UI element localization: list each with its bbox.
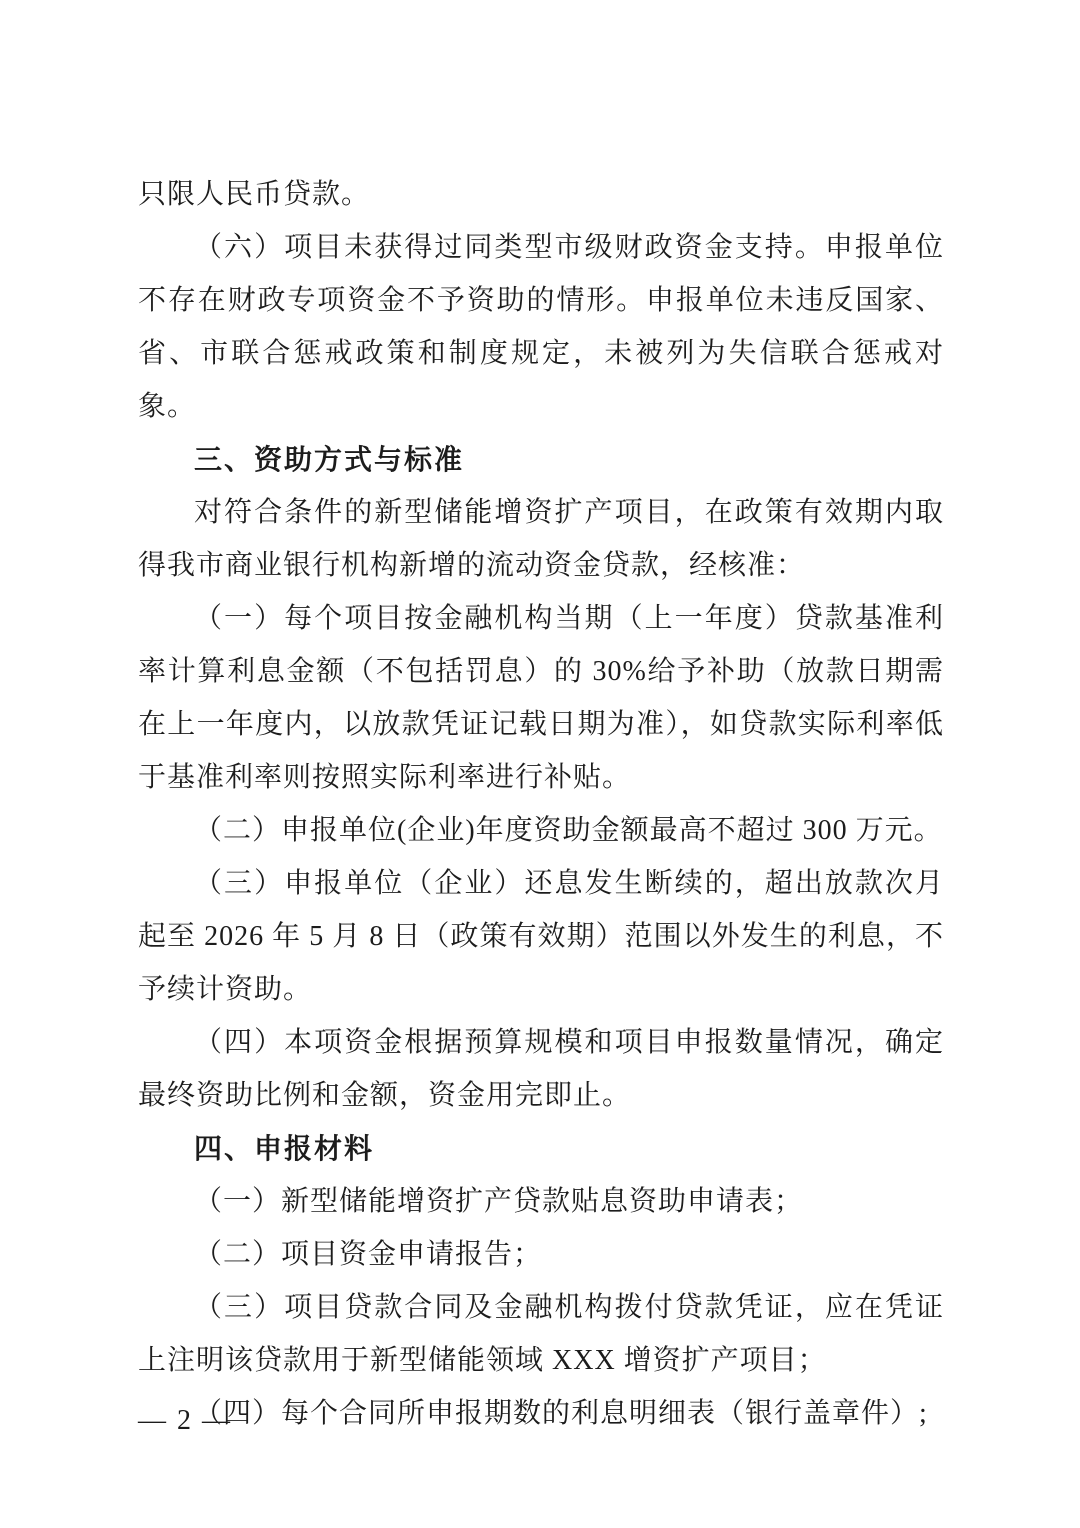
- paragraph: （二）申报单位(企业)年度资助金额最高不超过 300 万元。: [138, 804, 944, 857]
- document-page: 只限人民币贷款。（六）项目未获得过同类型市级财政资金支持。申报单位不存在财政专项…: [0, 0, 1080, 1528]
- section-heading: 四、申报材料: [138, 1122, 944, 1175]
- section-heading: 三、资助方式与标准: [138, 433, 944, 486]
- paragraph: （三）申报单位（企业）还息发生断续的，超出放款次月起至 2026 年 5 月 8…: [138, 857, 944, 1016]
- paragraph: （一）每个项目按金融机构当期（上一年度）贷款基准利率计算利息金额（不包括罚息）的…: [138, 592, 944, 804]
- paragraph: 对符合条件的新型储能增资扩产项目，在政策有效期内取得我市商业银行机构新增的流动资…: [138, 486, 944, 592]
- paragraph: （四）每个合同所申报期数的利息明细表（银行盖章件）;: [138, 1387, 944, 1440]
- paragraph: （三）项目贷款合同及金融机构拨付贷款凭证，应在凭证上注明该贷款用于新型储能领域 …: [138, 1281, 944, 1387]
- page-number: — 2 —: [138, 1405, 232, 1437]
- paragraph: （一）新型储能增资扩产贷款贴息资助申请表；: [138, 1175, 944, 1228]
- paragraph: （二）项目资金申请报告；: [138, 1228, 944, 1281]
- paragraph: （六）项目未获得过同类型市级财政资金支持。申报单位不存在财政专项资金不予资助的情…: [138, 221, 944, 433]
- paragraph: 只限人民币贷款。: [138, 168, 944, 221]
- document-body: 只限人民币贷款。（六）项目未获得过同类型市级财政资金支持。申报单位不存在财政专项…: [138, 168, 944, 1440]
- paragraph: （四）本项资金根据预算规模和项目申报数量情况，确定最终资助比例和金额，资金用完即…: [138, 1016, 944, 1122]
